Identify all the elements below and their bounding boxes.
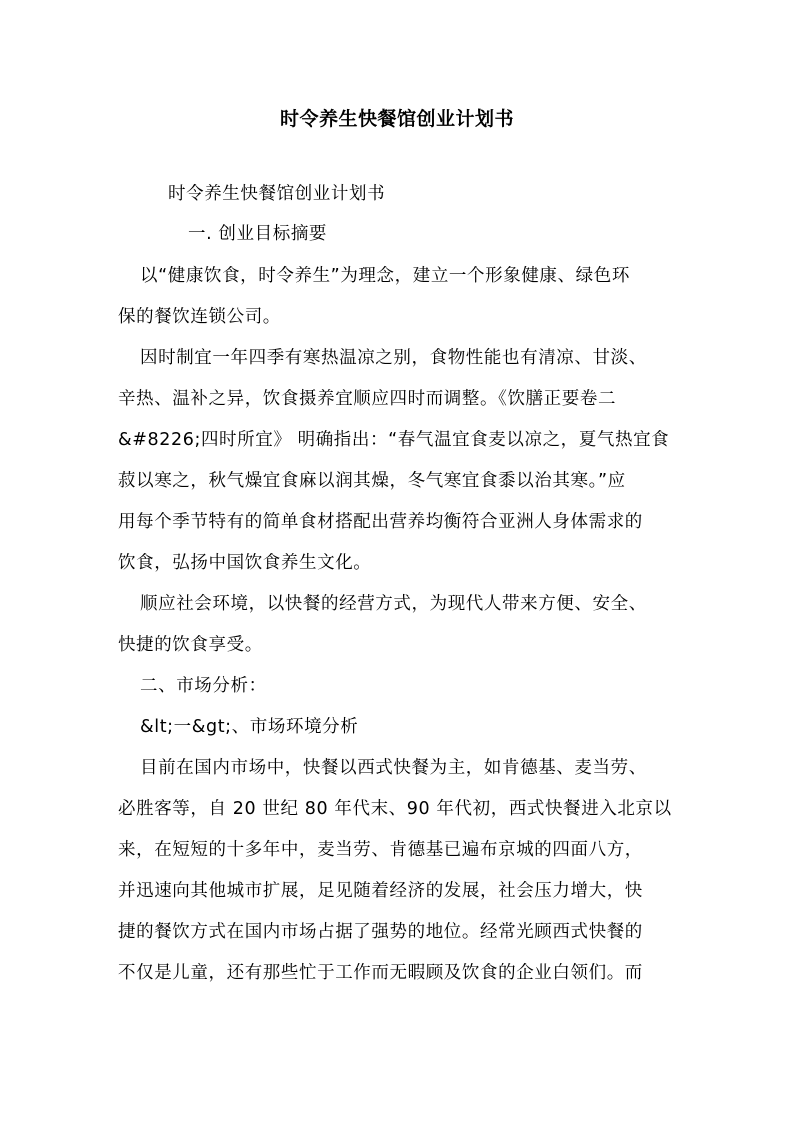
paragraph-line: 因时制宜一年四季有寒热温凉之别，食物性能也有清凉、甘淡、 bbox=[140, 344, 647, 369]
paragraph-line: 必胜客等，自 20 世纪 80 年代末、90 年代初，西式快餐进入北京以 bbox=[118, 795, 672, 820]
paragraph-line: 来，在短短的十多年中，麦当劳、肯德基已遍布京城的四面八方， bbox=[118, 836, 643, 861]
paragraph-line: 不仅是儿童，还有那些忙于工作而无暇顾及饮食的企业白领们。而 bbox=[118, 959, 643, 984]
paragraph-line: 二、市场分析： bbox=[140, 672, 267, 697]
paragraph-line: 捷的餐饮方式在国内市场占据了强势的地位。经常光顾西式快餐的 bbox=[118, 918, 643, 943]
paragraph-line: &lt;一&gt;、市场环境分析 bbox=[140, 713, 358, 738]
paragraph-line: 目前在国内市场中，快餐以西式快餐为主，如肯德基、麦当劳、 bbox=[140, 754, 647, 779]
paragraph-line: 一. 创业目标摘要 bbox=[188, 220, 327, 245]
paragraph-line: 快捷的饮食享受。 bbox=[118, 631, 263, 656]
paragraph-line: 以“健康饮食，时令养生”为理念，建立一个形象健康、绿色环 bbox=[140, 262, 630, 287]
document-title: 时令养生快餐馆创业计划书 bbox=[0, 104, 794, 131]
paragraph-line: 并迅速向其他城市扩展，足见随着经济的发展，社会压力增大，快 bbox=[118, 877, 643, 902]
paragraph-line: 饮食，弘扬中国饮食养生文化。 bbox=[118, 549, 371, 574]
paragraph-line: 时令养生快餐馆创业计划书 bbox=[168, 180, 385, 205]
paragraph-line: &#8226;四时所宜》 明确指出：“春气温宜食麦以凉之，夏气热宜食 bbox=[118, 426, 669, 451]
paragraph-line: 用每个季节特有的简单食材搭配出营养均衡符合亚洲人身体需求的 bbox=[118, 508, 643, 533]
paragraph-line: 辛热、温补之异，饮食摄养宜顺应四时而调整。《饮膳正要卷二 bbox=[118, 385, 616, 410]
paragraph-line: 顺应社会环境，以快餐的经营方式，为现代人带来方便、安全、 bbox=[140, 590, 647, 615]
paragraph-line: 保的餐饮连锁公司。 bbox=[118, 303, 281, 328]
paragraph-line: 菽以寒之，秋气燥宜食麻以润其燥，冬气寒宜食黍以治其寒。”应 bbox=[118, 467, 626, 492]
